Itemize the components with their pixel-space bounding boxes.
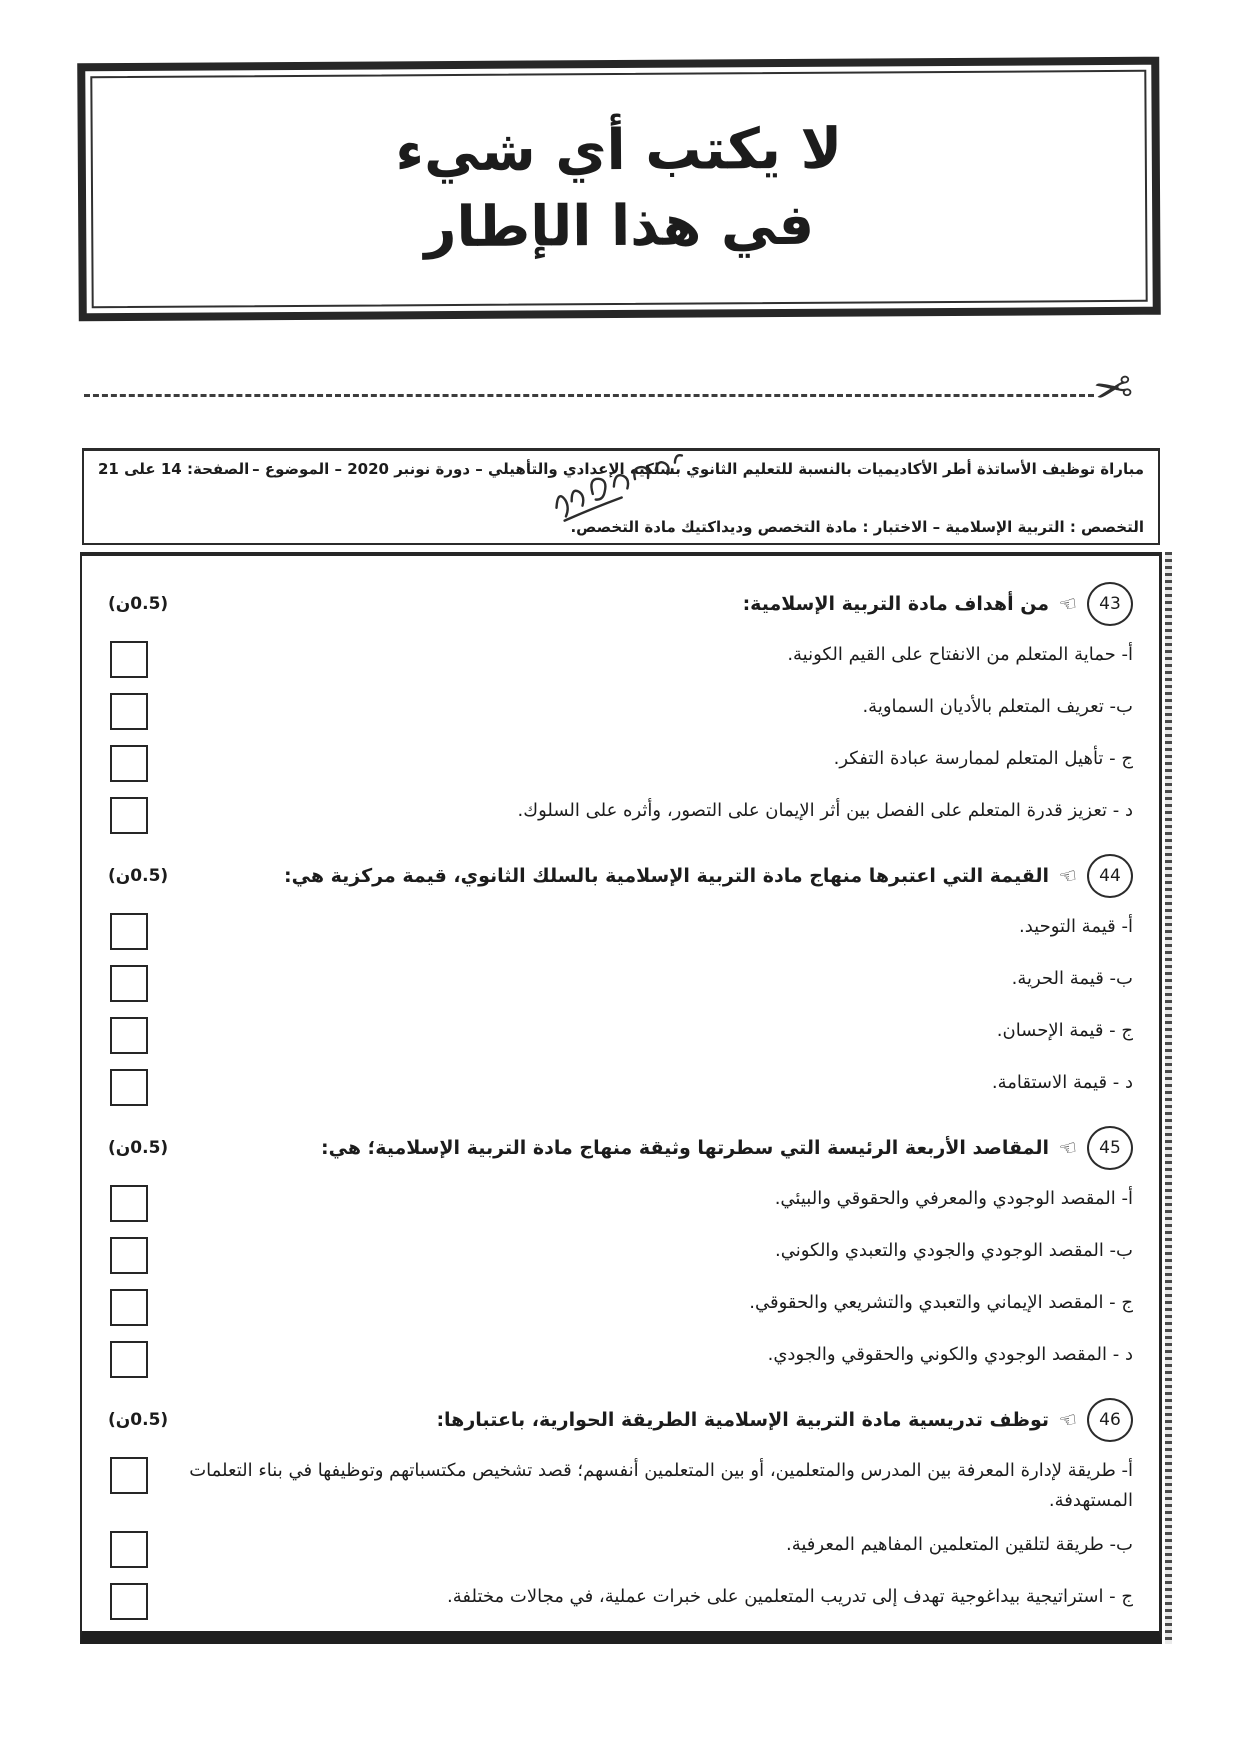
page-indicator: الصفحة: 14 على 21 xyxy=(98,460,249,478)
question-44-header: 44 ☜ القيمة التي اعتبرها منهاج مادة التر… xyxy=(108,854,1133,898)
option-label: ج - استراتيجية بيداغوجية تهدف إلى تدريب … xyxy=(162,1581,1133,1612)
question-45-header: 45 ☜ المقاصد الأربعة الرئيسة التي سطرتها… xyxy=(108,1126,1133,1170)
question-46-header: 46 ☜ توظف تدريسية مادة التربية الإسلامية… xyxy=(108,1398,1133,1442)
option-row: ج - المقصد الإيماني والتعبدي والتشريعي و… xyxy=(108,1287,1133,1326)
question-text: المقاصد الأربعة الرئيسة التي سطرتها وثيق… xyxy=(321,1137,1049,1159)
notice-line-1: لا يكتب أي شيء xyxy=(395,112,842,190)
option-row: أ- حماية المتعلم من الانفتاح على القيم ا… xyxy=(108,639,1133,678)
option-row: أ- المقصد الوجودي والمعرفي والحقوقي والب… xyxy=(108,1183,1133,1222)
question-score: (0.5ن) xyxy=(108,1410,168,1430)
answer-checkbox[interactable] xyxy=(110,797,148,834)
option-label: أ- المقصد الوجودي والمعرفي والحقوقي والب… xyxy=(162,1183,1133,1214)
exam-header-bar: مباراة توظيف الأساتذة أطر الأكاديميات با… xyxy=(82,448,1160,545)
question-number: 45 xyxy=(1087,1126,1133,1170)
cut-line xyxy=(84,394,1094,397)
do-not-write-frame: لا يكتب أي شيء في هذا الإطار xyxy=(77,57,1161,322)
question-number: 44 xyxy=(1087,854,1133,898)
option-label: د - تعزيز قدرة المتعلم على الفصل بين أثر… xyxy=(162,795,1133,826)
answer-checkbox[interactable] xyxy=(110,641,148,678)
question-score: (0.5ن) xyxy=(108,594,168,614)
question-text: توظف تدريسية مادة التربية الإسلامية الطر… xyxy=(436,1409,1049,1431)
option-row: ج - استراتيجية بيداغوجية تهدف إلى تدريب … xyxy=(108,1581,1133,1620)
answer-checkbox[interactable] xyxy=(110,1341,148,1378)
question-43-header: 43 ☜ من أهداف مادة التربية الإسلامية: (0… xyxy=(108,582,1133,626)
answer-checkbox[interactable] xyxy=(110,965,148,1002)
option-label: أ- قيمة التوحيد. xyxy=(162,911,1133,942)
option-row: ب- المقصد الوجودي والجودي والتعبدي والكو… xyxy=(108,1235,1133,1274)
answer-checkbox[interactable] xyxy=(110,1635,148,1644)
option-row: د - المقصد الوجودي والكوني والحقوقي والج… xyxy=(108,1339,1133,1378)
option-row: أ- طريقة لإدارة المعرفة بين المدرس والمت… xyxy=(108,1455,1133,1516)
option-row: ب- قيمة الحرية. xyxy=(108,963,1133,1002)
notice-line-2: في هذا الإطار xyxy=(424,188,814,266)
do-not-write-inner-frame: لا يكتب أي شيء في هذا الإطار xyxy=(90,70,1147,308)
scan-edge-artifact xyxy=(1165,552,1172,1644)
option-label: ب- المقصد الوجودي والجودي والتعبدي والكو… xyxy=(162,1235,1133,1266)
question-score: (0.5ن) xyxy=(108,1138,168,1158)
answer-checkbox[interactable] xyxy=(110,1185,148,1222)
question-number: 46 xyxy=(1087,1398,1133,1442)
specialty-line: التخصص : التربية الإسلامية – الاختبار : … xyxy=(98,518,1144,536)
question-text: من أهداف مادة التربية الإسلامية: xyxy=(743,593,1049,615)
questions-box: 43 ☜ من أهداف مادة التربية الإسلامية: (0… xyxy=(80,552,1162,1644)
option-label: ج - تأهيل المتعلم لممارسة عبادة التفكر. xyxy=(162,743,1133,774)
pointing-hand-icon: ☜ xyxy=(1057,1134,1080,1161)
pointing-hand-icon: ☜ xyxy=(1057,590,1080,617)
answer-checkbox[interactable] xyxy=(110,1237,148,1274)
option-label: ج - قيمة الإحسان. xyxy=(162,1015,1133,1046)
answer-checkbox[interactable] xyxy=(110,1531,148,1568)
option-row: د - تعزيز قدرة المتعلم على الفصل بين أثر… xyxy=(108,795,1133,834)
pointing-hand-icon: ☜ xyxy=(1057,862,1080,889)
pointing-hand-icon: ☜ xyxy=(1057,1406,1080,1433)
question-number: 43 xyxy=(1087,582,1133,626)
option-label: ج - المقصد الإيماني والتعبدي والتشريعي و… xyxy=(162,1287,1133,1318)
answer-checkbox[interactable] xyxy=(110,1017,148,1054)
option-row: د - قيمة الاستقامة. xyxy=(108,1067,1133,1106)
option-label: د - قيمة الاستقامة. xyxy=(162,1067,1133,1098)
option-label: أ- طريقة لإدارة المعرفة بين المدرس والمت… xyxy=(162,1455,1133,1516)
exam-info: مباراة توظيف الأساتذة أطر الأكاديميات با… xyxy=(252,460,1144,478)
answer-checkbox[interactable] xyxy=(110,1069,148,1106)
option-row: ب- تعريف المتعلم بالأديان السماوية. xyxy=(108,691,1133,730)
option-row: ب- طريقة لتلقين المتعلمين المفاهيم المعر… xyxy=(108,1529,1133,1568)
answer-checkbox[interactable] xyxy=(110,693,148,730)
option-label: ب- قيمة الحرية. xyxy=(162,963,1133,994)
option-label: ب- طريقة لتلقين المتعلمين المفاهيم المعر… xyxy=(162,1529,1133,1560)
answer-checkbox[interactable] xyxy=(110,913,148,950)
option-row: د - أسلوب من أساليب تعزيز سلطة المدرس دا… xyxy=(108,1633,1133,1644)
question-score: (0.5ن) xyxy=(108,866,168,886)
answer-checkbox[interactable] xyxy=(110,1583,148,1620)
question-text: القيمة التي اعتبرها منهاج مادة التربية ا… xyxy=(284,865,1049,887)
option-label: د - أسلوب من أساليب تعزيز سلطة المدرس دا… xyxy=(162,1633,1133,1644)
option-row: ج - تأهيل المتعلم لممارسة عبادة التفكر. xyxy=(108,743,1133,782)
option-row: أ- قيمة التوحيد. xyxy=(108,911,1133,950)
option-label: ب- تعريف المتعلم بالأديان السماوية. xyxy=(162,691,1133,722)
option-row: ج - قيمة الإحسان. xyxy=(108,1015,1133,1054)
answer-checkbox[interactable] xyxy=(110,1457,148,1494)
answer-checkbox[interactable] xyxy=(110,745,148,782)
option-label: د - المقصد الوجودي والكوني والحقوقي والج… xyxy=(162,1339,1133,1370)
option-label: أ- حماية المتعلم من الانفتاح على القيم ا… xyxy=(162,639,1133,670)
scissors-icon: ✂ xyxy=(1090,363,1136,415)
answer-checkbox[interactable] xyxy=(110,1289,148,1326)
